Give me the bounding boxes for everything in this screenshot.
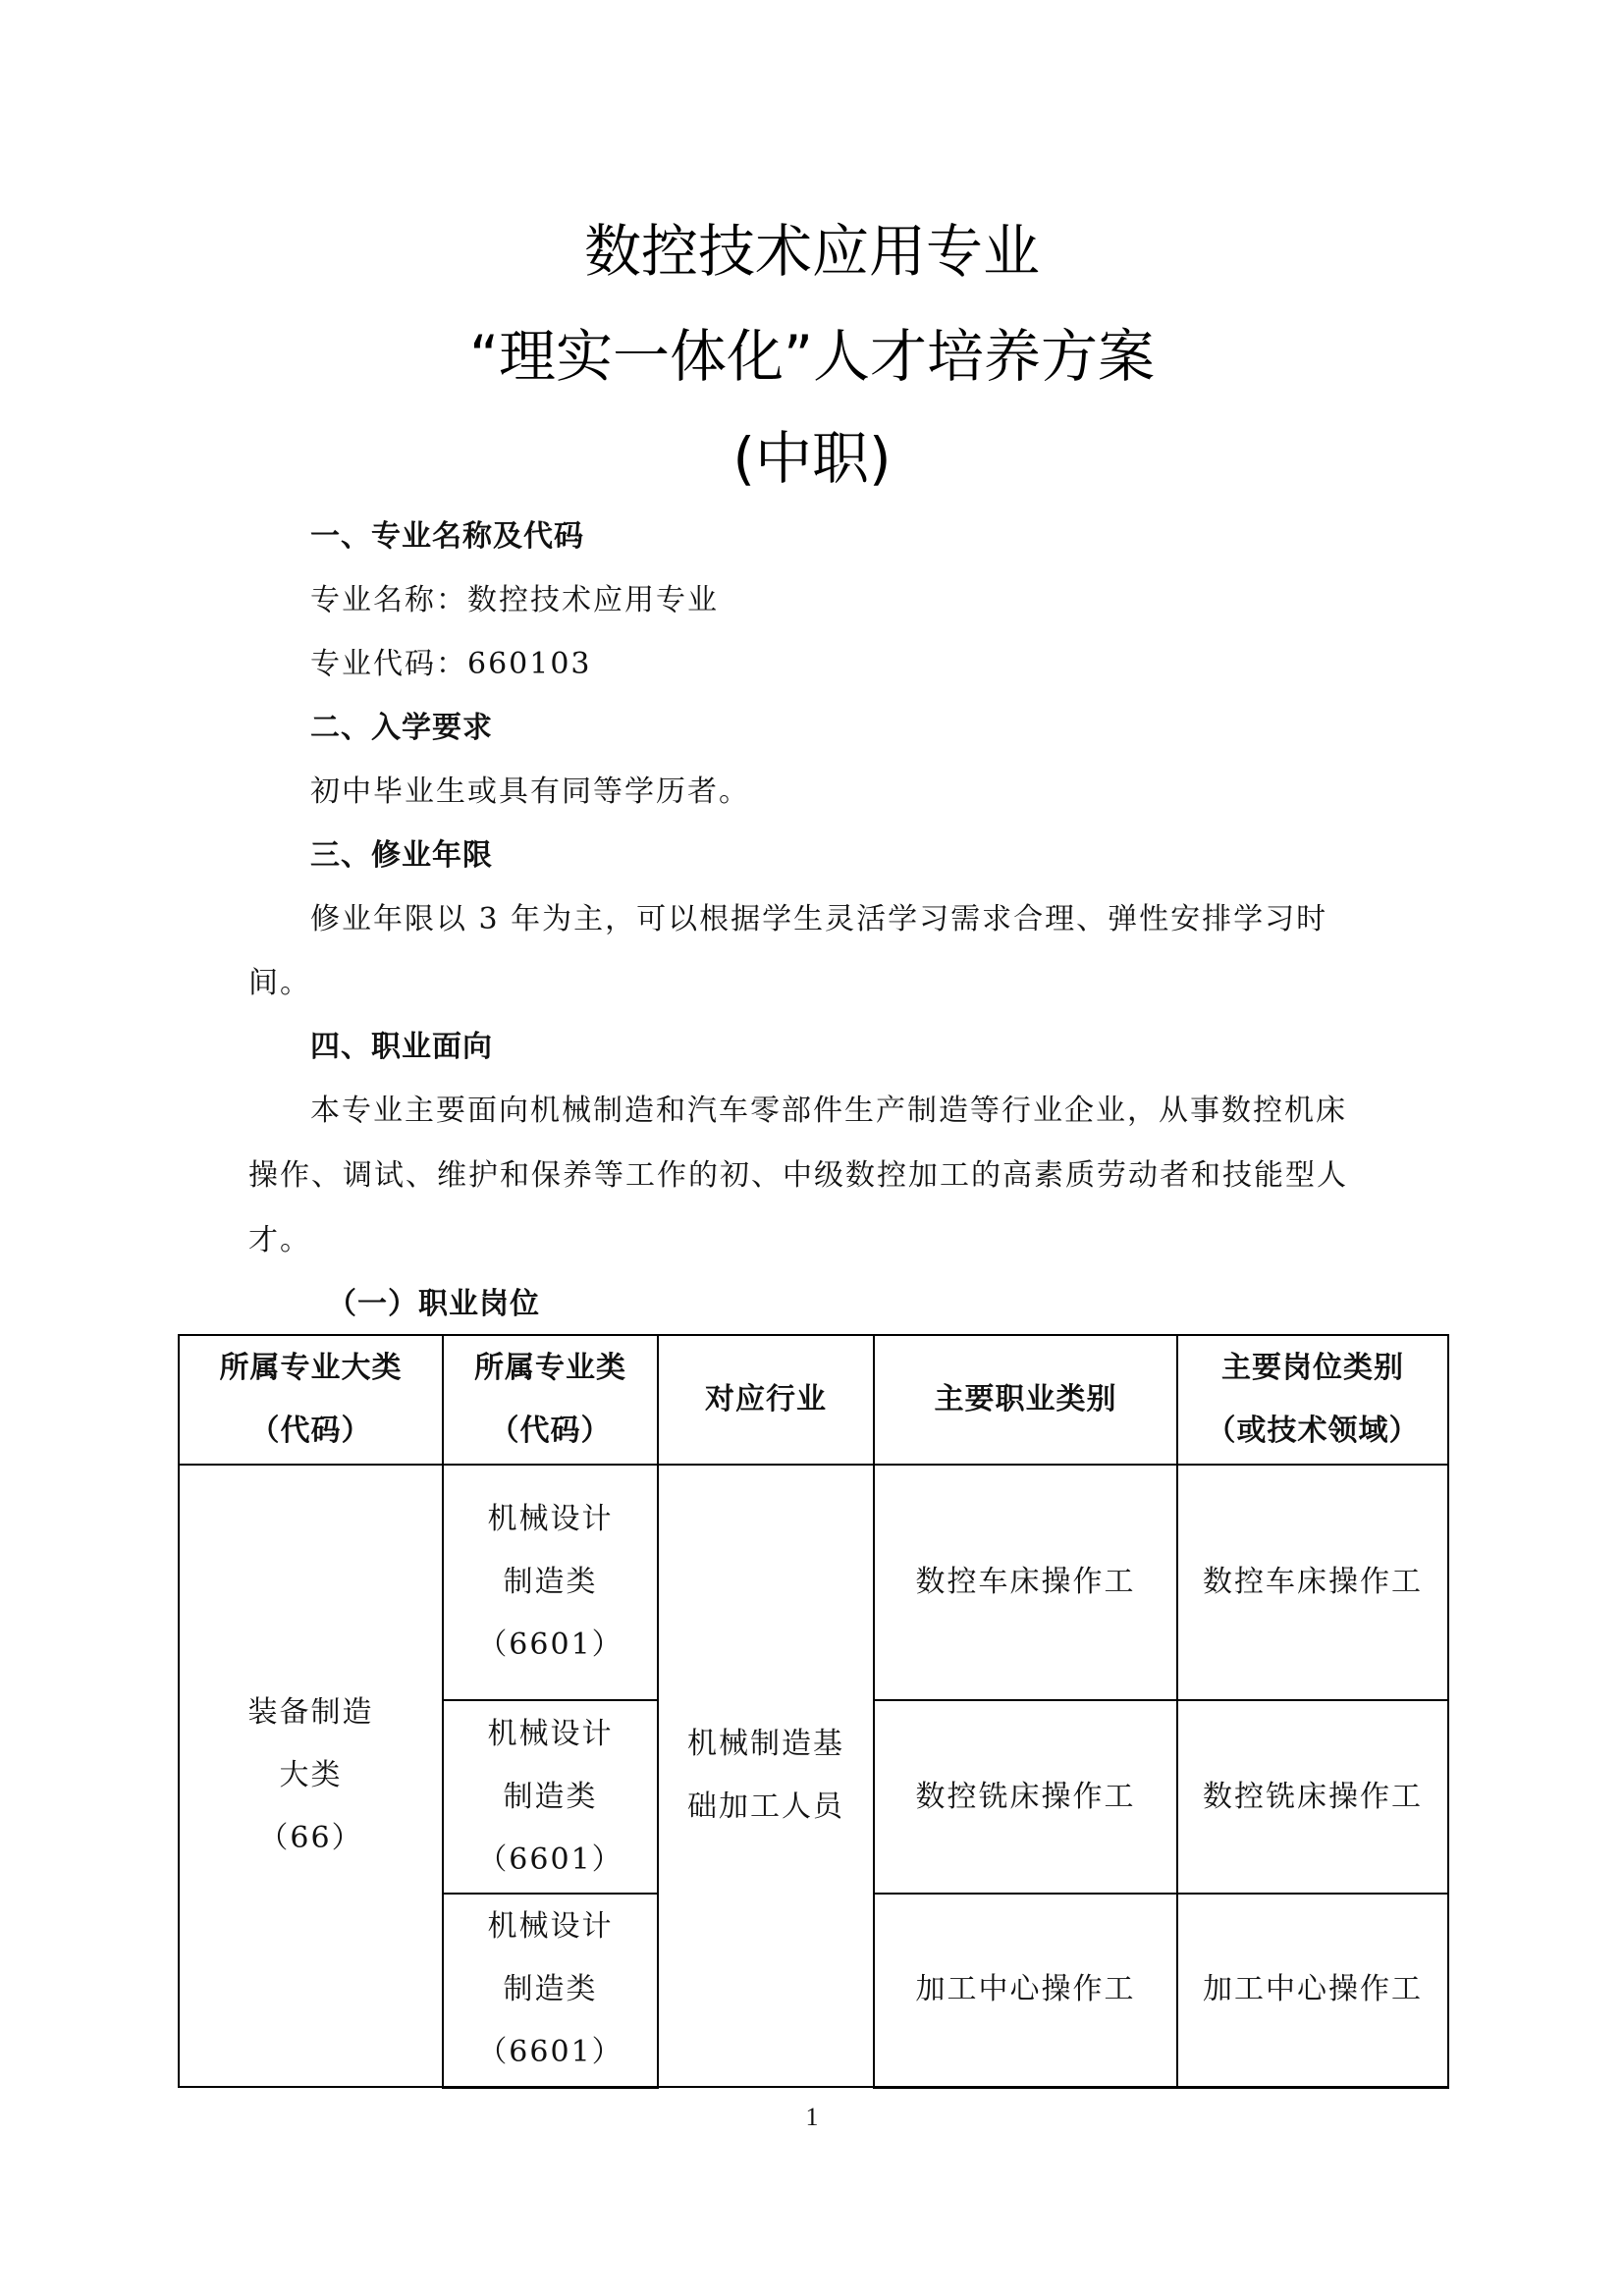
header-post: 主要岗位类别 （或技术领域） [1177,1335,1448,1465]
cell-text: （6601） [448,1614,653,1677]
section-heading-1: 一、专业名称及代码 [310,517,584,557]
major-code-line: 专业代码：660103 [310,645,592,684]
major-name-line: 专业名称：数控技术应用专业 [310,581,719,620]
occupation-cell: 数控车床操作工 [874,1465,1177,1700]
cell-text: 机械设计 [448,1488,653,1551]
occupation-cell: 数控铣床操作工 [874,1700,1177,1894]
industry-cell: 机械制造基 础加工人员 [658,1465,874,2087]
cell-text: 机械设计 [448,1896,653,1958]
cell-text: 制造类 [448,1766,653,1829]
job-positions-table: 所属专业大类 （代码） 所属专业类 （代码） 对应行业 主要职业类别 主要岗位类… [178,1334,1449,2089]
post-cell: 数控铣床操作工 [1177,1700,1448,1894]
header-text: 对应行业 [663,1368,869,1431]
cell-text: （6601） [448,1829,653,1892]
title-line-2: “理实一体化”人才培养方案 [0,322,1624,391]
major-class-cell: 机械设计 制造类 （6601） [443,1894,658,2087]
table-row: 装备制造 大类 （66） 机械设计 制造类 （6601） 机械制造基 础加工人员… [179,1465,1448,1700]
cell-text: （66） [184,1807,438,1870]
major-class-cell: 机械设计 制造类 （6601） [443,1465,658,1700]
cell-text: 装备制造 [184,1682,438,1744]
header-text: （代码） [184,1400,438,1463]
cell-text: 大类 [184,1744,438,1807]
header-major-class: 所属专业类 （代码） [443,1335,658,1465]
document-page: 数控技术应用专业 “理实一体化”人才培养方案 (中职) 一、专业名称及代码 专业… [0,0,1624,2296]
major-class-cell: 机械设计 制造类 （6601） [443,1700,658,1894]
section-heading-4: 四、职业面向 [310,1028,493,1067]
cell-text: 机械制造基 [663,1713,869,1776]
section-heading-3: 三、修业年限 [310,836,493,876]
career-text-line-1: 本专业主要面向机械制造和汽车零部件生产制造等行业企业，从事数控机床 [310,1092,1347,1131]
table-header-row: 所属专业大类 （代码） 所属专业类 （代码） 对应行业 主要职业类别 主要岗位类… [179,1335,1448,1465]
cell-text: 机械设计 [448,1703,653,1766]
header-occupation: 主要职业类别 [874,1335,1177,1465]
header-text: 所属专业大类 [184,1337,438,1400]
section-heading-2: 二、入学要求 [310,709,493,748]
title-line-1: 数控技术应用专业 [0,217,1624,286]
post-cell: 加工中心操作工 [1177,1894,1448,2087]
header-text: （代码） [448,1400,653,1463]
post-cell: 数控车床操作工 [1177,1465,1448,1700]
cell-text: 制造类 [448,1551,653,1614]
career-text-line-2: 操作、调试、维护和保养等工作的初、中级数控加工的高素质劳动者和技能型人 [248,1156,1348,1196]
header-major-category: 所属专业大类 （代码） [179,1335,443,1465]
header-text: 主要职业类别 [879,1368,1172,1431]
occupation-cell: 加工中心操作工 [874,1894,1177,2087]
cell-text: （6601） [448,2021,653,2084]
cell-text: 制造类 [448,1958,653,2021]
title-line-3: (中职) [0,424,1624,493]
sub-heading-job-positions: （一）职业岗位 [327,1285,540,1324]
major-category-cell: 装备制造 大类 （66） [179,1465,443,2087]
header-text: （或技术领域） [1182,1400,1443,1463]
cell-text: 础加工人员 [663,1776,869,1839]
career-text-line-3: 才。 [248,1221,311,1260]
duration-text-line-1: 修业年限以 3 年为主，可以根据学生灵活学习需求合理、弹性安排学习时 [310,900,1327,939]
duration-text-line-2: 间。 [248,964,311,1003]
header-text: 主要岗位类别 [1182,1337,1443,1400]
header-text: 所属专业类 [448,1337,653,1400]
header-industry: 对应行业 [658,1335,874,1465]
page-number: 1 [0,2103,1624,2132]
admission-text: 初中毕业生或具有同等学历者。 [310,773,750,812]
